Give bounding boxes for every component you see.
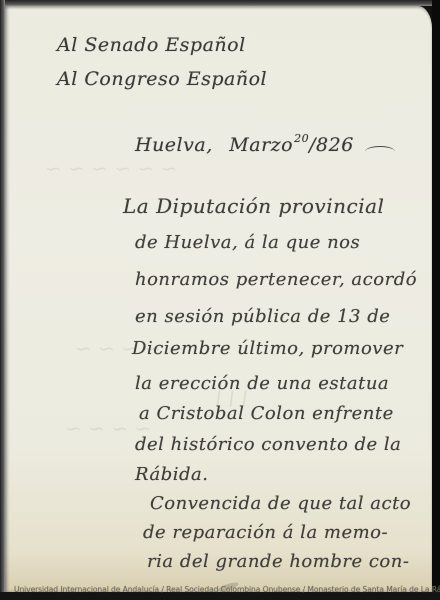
body-line: a Cristobal Colon enfrente: [139, 403, 394, 424]
address-line-senate: Al Senado Español: [57, 34, 246, 56]
scan-border-left: [0, 0, 5, 600]
body-line: la erección de una estatua: [135, 373, 389, 394]
body-line: de Huelva, á la que nos: [135, 232, 360, 253]
body-line: Diciembre último, promover: [132, 338, 403, 359]
body-line: Rábida.: [135, 464, 208, 485]
body-line: de reparación á la memo-: [143, 522, 388, 543]
body-line: del histórico convento de la: [135, 434, 401, 455]
dateline-year: /826: [309, 134, 354, 156]
scan-border-top: [0, 0, 440, 6]
body-line: honramos pertenecer, acordó: [135, 269, 417, 290]
dateline: Huelva, Marzo20/826: [135, 132, 354, 156]
manuscript-page: ~ ~ ~ ~ ~ ~ ~ ~ ~ ~ ~ ~ ~ ~ ~ \ \ \ Al S…: [5, 6, 432, 592]
body-line: La Diputación provincial: [123, 194, 384, 218]
body-line: Convencida de que tal acto: [150, 493, 411, 514]
bleed-through-ink: ~ ~ ~ ~ ~ ~: [45, 156, 177, 180]
document-viewer: ~ ~ ~ ~ ~ ~ ~ ~ ~ ~ ~ ~ ~ ~ ~ \ \ \ Al S…: [0, 0, 440, 600]
dateline-day: 20: [294, 132, 309, 145]
archive-credit-caption: Universidad Internacional de Andalucía /…: [14, 585, 426, 594]
body-line: en sesión pública de 13 de: [135, 306, 390, 327]
body-line: ria del grande hombre con-: [147, 551, 409, 572]
scan-border-right: [432, 0, 440, 600]
dateline-flourish: [365, 146, 395, 157]
address-line-congress: Al Congreso Español: [57, 68, 267, 90]
dateline-place: Huelva,: [135, 134, 213, 156]
dateline-month: Marzo: [229, 134, 293, 156]
